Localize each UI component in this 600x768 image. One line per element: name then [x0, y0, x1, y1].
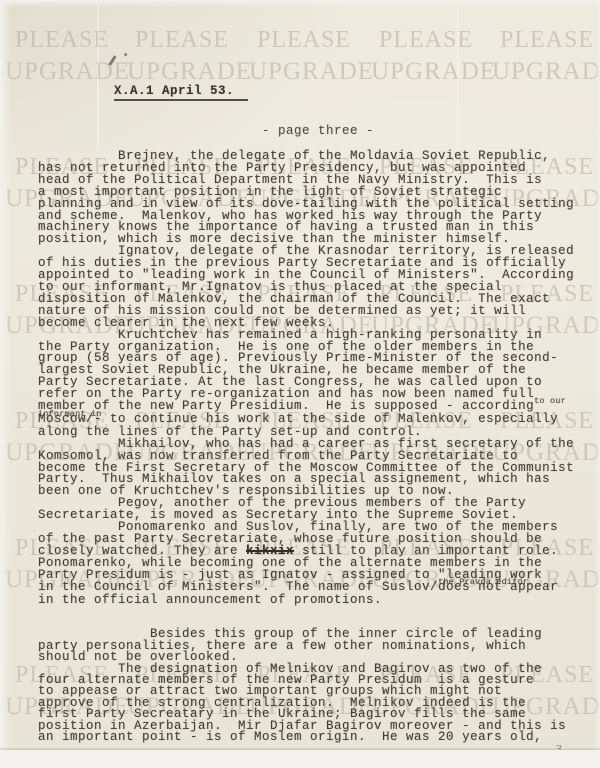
- paragraph-ignatov: Ignatov, delegate of the Krasnodar terri…: [38, 246, 594, 329]
- typed-text: Brejnev, the delegate of the Moldavia So…: [38, 149, 574, 246]
- scan-edge-left: [0, 0, 11, 768]
- typed-text: Moscow/- to continue his work at the sid…: [38, 412, 558, 439]
- watermark-upgrade: UPGRADE: [249, 59, 374, 84]
- scan-edge-top: [0, 0, 600, 7]
- scan-edge-bottom: [0, 750, 600, 768]
- watermark-upgrade: UPGRADE: [371, 59, 496, 84]
- watermark-upgrade: UPGRADE: [127, 59, 252, 84]
- document-body: Brejnev, the delegate of the Moldavia So…: [38, 151, 594, 744]
- scanned-document-page: PLEASEPLEASEPLEASEPLEASEPLEASEUPGRADEUPG…: [0, 0, 600, 768]
- typed-text: The designation of Melnikov and Bagirov …: [38, 662, 566, 744]
- paper-crease: [457, 0, 459, 150]
- watermark-please: PLEASE: [135, 28, 229, 52]
- page-heading: - page three -: [262, 124, 374, 138]
- paragraph-ponomarenko-suslov: Ponomarenko and Suslov, finally, are two…: [38, 522, 594, 606]
- pencil-mark: [108, 55, 116, 66]
- paper-crease: [97, 0, 99, 150]
- typed-text: Ignatov, delegate of the Krasnodar terri…: [38, 244, 574, 329]
- typed-text: Pegov, another of the previous members o…: [38, 496, 526, 522]
- document-reference: X.A.1 April 53.: [114, 84, 248, 101]
- watermark-please: PLEASE: [257, 28, 351, 52]
- paragraph-besides: Besides this group of the inner circle o…: [38, 629, 594, 663]
- scan-edge-right: [594, 0, 600, 768]
- paragraph-brejnev: Brejnev, the delegate of the Moldavia So…: [38, 151, 594, 246]
- paragraph-kruchtchev: Kruchtchev has remained a high-ranking p…: [38, 330, 594, 439]
- paragraph-mikhailov: Mikhailov, who has had a career as first…: [38, 439, 594, 499]
- typed-text: Mikhailov, who has had a career as first…: [38, 437, 574, 499]
- watermark-upgrade: UPGRADE: [492, 59, 600, 84]
- typed-text: Besides this group of the inner circle o…: [38, 627, 542, 664]
- paragraph-melnikov-bagirov: The designation of Melnikov and Bagirov …: [38, 664, 594, 744]
- typed-text: Kruchtchev has remained a high-ranking p…: [38, 328, 558, 413]
- watermark-please: PLEASE: [15, 28, 109, 52]
- paragraph-pegov: Pegov, another of the previous members o…: [38, 498, 594, 522]
- watermark-please: PLEASE: [500, 28, 594, 52]
